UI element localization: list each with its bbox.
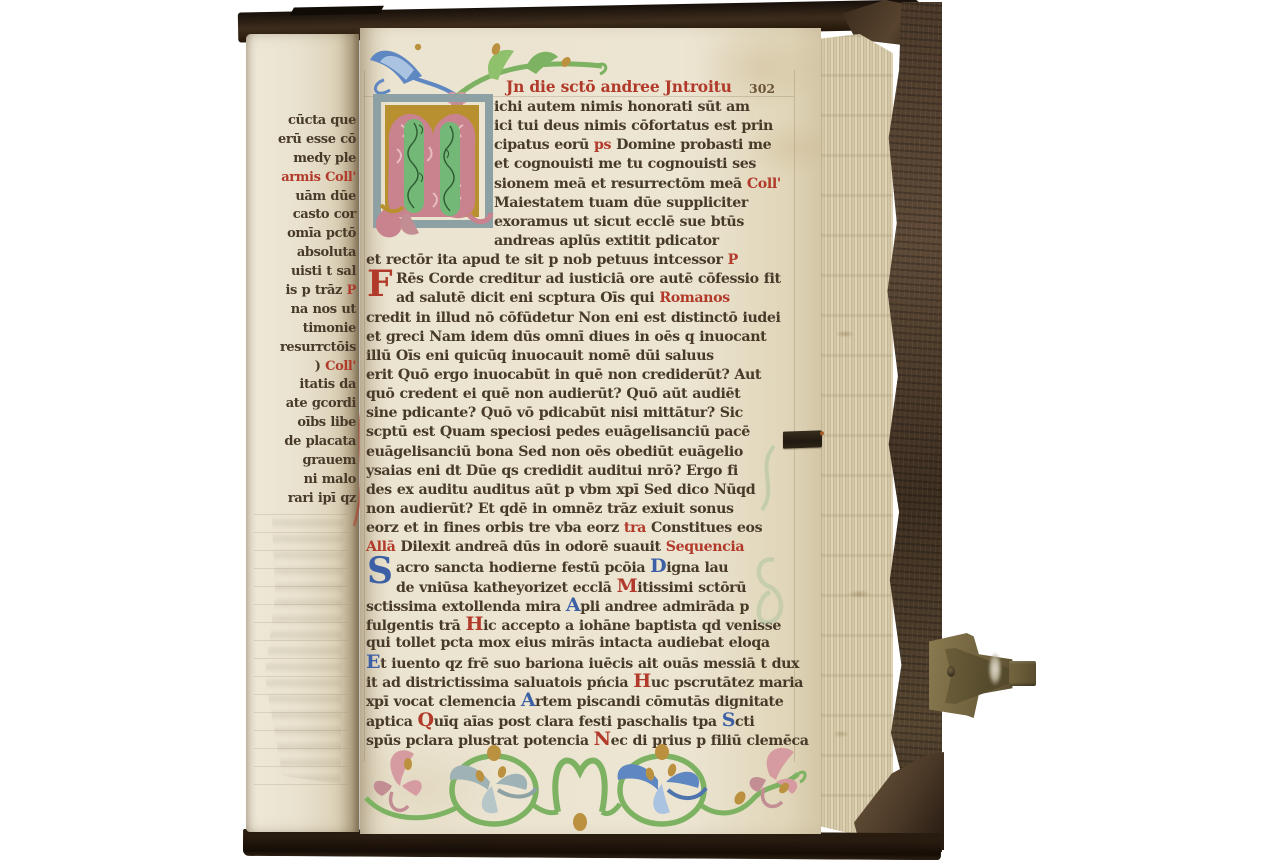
manuscript-line: ni malo: [250, 471, 356, 490]
manuscript-line: omīa pctō: [250, 225, 356, 244]
body-text: absoluta: [297, 245, 356, 260]
right-page: Jn die sctō andree Jntroitu 302 ichi aut…: [360, 28, 821, 834]
rubric-text: H: [466, 613, 484, 635]
body-text: Constitues eos: [651, 520, 762, 536]
body-text: itatis da: [299, 377, 356, 392]
body-text: igna lau: [666, 560, 728, 576]
body-text: erū esse cō: [278, 132, 356, 147]
manuscript-line: quō credent ei quē non audierūt? Quō aūt…: [366, 385, 804, 404]
manuscript-line: resurrctōis: [250, 339, 356, 358]
manuscript-line: ichi autem nimis honorati sūt am: [366, 98, 804, 117]
body-text: qui tollet pcta mox eius mirās intacta a…: [366, 635, 770, 651]
manuscript-line: medy ple: [250, 150, 356, 169]
manuscript-line: grauem: [250, 452, 356, 471]
manuscript-line: illū Oīs eni quicūq inuocauit nomē dūi s…: [366, 347, 804, 366]
body-text: ): [315, 359, 325, 374]
body-text: uisti t sal: [291, 264, 356, 279]
manuscript-line: eorz et in fines orbis tre vba eorz tra …: [366, 519, 804, 538]
body-text: cipatus eorū: [494, 137, 594, 153]
manuscript-line: FRēs Corde creditur ad iusticiā ore autē…: [366, 270, 804, 289]
body-text: uām dūe: [295, 189, 356, 204]
manuscript-line: non audierūt? Et qdē in omnēz trāz exiui…: [366, 500, 804, 519]
manuscript-line: it ad districtissima saluatois pńcia Huc…: [366, 672, 804, 691]
manuscript-line: scptū est Quam speciosi pedes euāgelisan…: [366, 423, 804, 442]
leather-texture: [884, 2, 942, 852]
body-text: cti: [735, 714, 754, 730]
manuscript-line: timonie: [250, 320, 356, 339]
body-text: fulgentis trā: [366, 618, 466, 634]
margin-rule-left: [364, 70, 365, 762]
manuscript-line: casto cor: [250, 206, 356, 225]
body-text: pli andree admirāda p: [580, 599, 749, 615]
body-text: quō credent ei quē non audierūt? Quō aūt…: [366, 386, 740, 402]
manuscript-line: itatis da: [250, 376, 356, 395]
body-text: resurrctōis: [280, 340, 356, 355]
rubric-text: Q: [418, 709, 434, 731]
manuscript-line: erit Quō ergo inuocabūt in quē non credi…: [366, 366, 804, 385]
body-text: Maiestatem tuam dūe suppliciter: [494, 195, 748, 211]
body-text: de placata: [284, 434, 356, 449]
body-text: medy ple: [293, 151, 356, 166]
body-text: sionem meā et resurrectōm meā: [494, 176, 747, 192]
body-text: des ex auditu auditus aūt p vbm xpī Sed …: [366, 482, 755, 498]
bottom-border-decoration: [362, 742, 809, 837]
rubric-text: H: [633, 670, 651, 692]
body-text: Dilexit andreā dūs in odorē suauit: [400, 539, 665, 555]
manuscript-line: Et iuento qz frē suo bariona iuēcis ait …: [366, 653, 804, 672]
body-text: rtem piscandi cōmutās dignitate: [535, 694, 783, 710]
body-text: omīa pctō: [287, 226, 356, 241]
rubric-text: tra: [624, 520, 651, 536]
body-text: casto cor: [293, 207, 356, 222]
folio-number: 302: [749, 81, 775, 96]
manuscript-line: ici tui deus nimis cōfortatus est prin: [366, 117, 804, 136]
manuscript-line: armis Coll': [250, 169, 356, 188]
manuscript-line: ysaias eni dt Dūe qs credidit auditui nr…: [366, 462, 804, 481]
manuscript-line: exoramus ut sicut ecclē sue btūs: [366, 213, 804, 232]
blue-initial-text: E: [366, 651, 380, 673]
body-text: t iuento qz frē suo bariona iuēcis ait o…: [380, 656, 799, 672]
manuscript-line: euāgelisanciū bona Sed non oēs obediūt e…: [366, 443, 804, 462]
pink-acanthus-left: [374, 750, 422, 810]
manuscript-photo: cūcta queerū esse cōmedy plearmis Coll'u…: [0, 0, 1280, 860]
fore-edge-stain: [819, 34, 893, 834]
body-text: et rectōr ita apud te sit p nob petuus i…: [366, 252, 728, 268]
rubric-text: armis Coll': [281, 170, 356, 185]
body-text: xpī vocat clemencia: [366, 694, 521, 710]
body-text: it ad districtissima saluatois pńcia: [366, 675, 633, 691]
book-cover-right: [884, 2, 942, 852]
rubric-text: P: [728, 252, 738, 268]
manuscript-line: ate gcordi: [250, 395, 356, 414]
body-text: uīq aīas post clara festi paschalis tpa: [434, 714, 722, 730]
rubric-text: M: [617, 575, 638, 597]
body-text: eorz et in fines orbis tre vba eorz: [366, 520, 624, 536]
right-page-text-block: ichi autem nimis honorati sūt amici tui …: [366, 98, 804, 749]
clasp-catch: [1009, 661, 1036, 686]
manuscript-line: fulgentis trā Hic accepto a iohāne bapti…: [366, 615, 804, 634]
show-through-squiggle: [748, 440, 792, 670]
blue-initial-text: A: [566, 594, 580, 616]
body-text: de vniūsa katheyorizet ecclā: [396, 580, 617, 596]
body-text: Rēs Corde creditur ad iusticiā ore autē …: [396, 271, 781, 287]
clasp-screw: [947, 666, 955, 677]
manuscript-line: aptica Quīq aīas post clara festi pascha…: [366, 711, 804, 730]
body-text: na nos ut: [291, 302, 356, 317]
manuscript-line: et rectōr ita apud te sit p nob petuus i…: [366, 251, 804, 270]
manuscript-line: et greci Nam idem dūs omnī diues in oēs …: [366, 328, 804, 347]
left-page-text-column: cūcta queerū esse cōmedy plearmis Coll'u…: [250, 112, 356, 509]
body-text: credit in illud nō cōfūdetur Non eni est…: [366, 310, 781, 326]
body-text: Domine probasti me: [616, 137, 771, 153]
manuscript-line: absoluta: [250, 244, 356, 263]
body-text: ate gcordi: [286, 396, 356, 411]
manuscript-line: sine pdicante? Quō vō pdicabūt nisi mitt…: [366, 404, 804, 423]
body-text: acro sancta hodierne festū pcōia: [396, 560, 650, 576]
manuscript-line: qui tollet pcta mox eius mirās intacta a…: [366, 634, 804, 653]
manuscript-line: erū esse cō: [250, 131, 356, 150]
body-text: itissimi sctōrū: [637, 580, 746, 596]
book-fore-edge-pages: [819, 34, 893, 834]
manuscript-line: Allā Dilexit andreā dūs in odorē suauit …: [366, 538, 804, 557]
blue-initial-text: S: [722, 709, 735, 731]
rubric-text: Sequencia: [666, 539, 744, 555]
manuscript-line: de vniūsa katheyorizet ecclā Mitissimi s…: [366, 577, 804, 596]
manuscript-line: ad salutē dicit eni scptura Oīs qui Roma…: [366, 289, 804, 308]
manuscript-line: oībs libe: [250, 414, 356, 433]
manuscript-line: ) Coll': [250, 358, 356, 377]
body-text: ici tui deus nimis cōfortatus est prin: [494, 118, 773, 134]
manuscript-line: et cognouisti me tu cognouisti ses: [366, 155, 804, 174]
manuscript-line: credit in illud nō cōfūdetur Non eni est…: [366, 309, 804, 328]
body-text: euāgelisanciū bona Sed non oēs obediūt e…: [366, 444, 743, 460]
manuscript-line: des ex auditu auditus aūt p vbm xpī Sed …: [366, 481, 804, 500]
body-text: sine pdicante? Quō vō pdicabūt nisi mitt…: [366, 405, 743, 421]
gray-acanthus: [450, 765, 536, 813]
body-text: ysaias eni dt Dūe qs credidit auditui nr…: [366, 463, 738, 479]
body-text: ad salutē dicit eni scptura Oīs qui: [396, 290, 659, 306]
manuscript-line: uām dūe: [250, 188, 356, 207]
body-text: ichi autem nimis honorati sūt am: [494, 99, 750, 115]
bookmark-tab: [783, 430, 822, 448]
body-text: uc pscrutātez maria: [651, 675, 803, 691]
blue-initial-text: A: [521, 689, 535, 711]
body-text: cūcta que: [288, 113, 356, 128]
body-text: illū Oīs eni quicūq inuocauit nomē dūi s…: [366, 348, 714, 364]
rubric-text: ps: [594, 137, 616, 153]
manuscript-line: sionem meā et resurrectōm meā Coll': [366, 175, 804, 194]
manuscript-line: na nos ut: [250, 301, 356, 320]
body-text: is p trāz: [286, 283, 347, 298]
body-text: non audierūt? Et qdē in omnēz trāz exiui…: [366, 501, 734, 517]
body-text: scptū est Quam speciosi pedes euāgelisan…: [366, 424, 750, 440]
rubric-heading: Jn die sctō andree Jntroitu: [506, 77, 732, 96]
rubric-text: Coll': [747, 176, 781, 192]
manuscript-line: andreas aplūs extitit pdicator: [366, 232, 804, 251]
manuscript-line: de placata: [250, 433, 356, 452]
left-page: cūcta queerū esse cōmedy plearmis Coll'u…: [246, 34, 359, 832]
clasp-highlight: [988, 652, 1002, 686]
body-text: aptica: [366, 714, 418, 730]
manuscript-line: uisti t sal: [250, 263, 356, 282]
manuscript-line: sctissima extollenda mira Apli andree ad…: [366, 596, 804, 615]
body-text: ic accepto a iohāne baptista qd venisse: [483, 618, 781, 634]
body-text: et greci Nam idem dūs omnī diues in oēs …: [366, 329, 766, 345]
body-text: erit Quō ergo inuocabūt in quē non credi…: [366, 367, 761, 383]
body-text: timonie: [303, 321, 356, 336]
blue-initial-text: D: [650, 555, 666, 577]
manuscript-line: is p trāz P: [250, 282, 356, 301]
body-text: andreas aplūs extitit pdicator: [494, 233, 719, 249]
rubric-text: Romanos: [659, 290, 729, 306]
manuscript-line: cipatus eorū ps Domine probasti me: [366, 136, 804, 155]
manuscript-line: cūcta que: [250, 112, 356, 131]
body-text: et cognouisti me tu cognouisti ses: [494, 156, 756, 172]
body-text: exoramus ut sicut ecclē sue btūs: [494, 214, 744, 230]
manuscript-line: Maiestatem tuam dūe suppliciter: [366, 194, 804, 213]
manuscript-line: Sacro sancta hodierne festū pcōia Digna …: [366, 557, 804, 576]
